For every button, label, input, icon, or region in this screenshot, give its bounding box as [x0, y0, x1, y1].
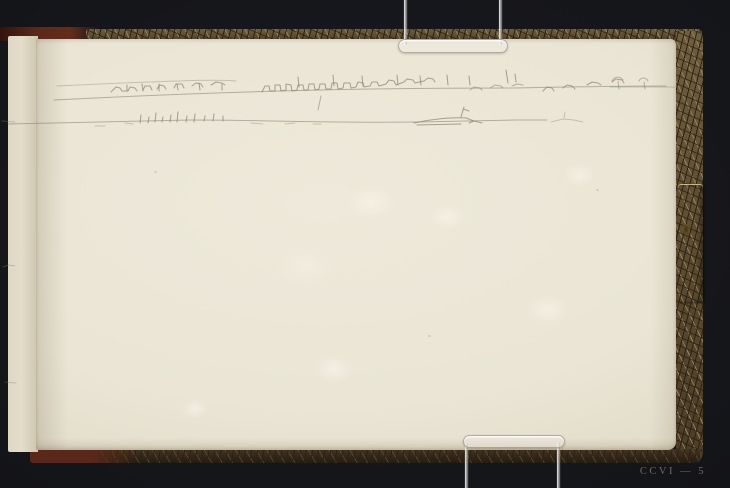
paper-stain: [176, 395, 214, 423]
foxing-speck: [428, 335, 431, 337]
clip-post: [557, 443, 560, 488]
clasp-keyhole: [683, 224, 690, 235]
clip-bar: [463, 435, 565, 448]
book-bottom-edge: [30, 449, 700, 463]
paper-stain: [306, 349, 362, 389]
photograph-background: CCVI — 5: [0, 0, 730, 488]
paper-stain: [336, 179, 406, 225]
foxing-speck: [596, 189, 599, 191]
stamped-folio-number: CCVI — 5: [634, 466, 706, 477]
clip-bar: [398, 39, 508, 53]
foxing-speck: [154, 171, 157, 173]
clip-post: [465, 443, 468, 488]
paper-stain: [556, 159, 602, 191]
paper-stain: [264, 237, 346, 295]
facing-page-edge: [8, 36, 38, 452]
brass-clasp: [678, 184, 703, 302]
paper-stain: [422, 199, 472, 235]
sketchbook-page: CCVI — 5: [36, 39, 676, 450]
paper-stain: [518, 289, 578, 331]
